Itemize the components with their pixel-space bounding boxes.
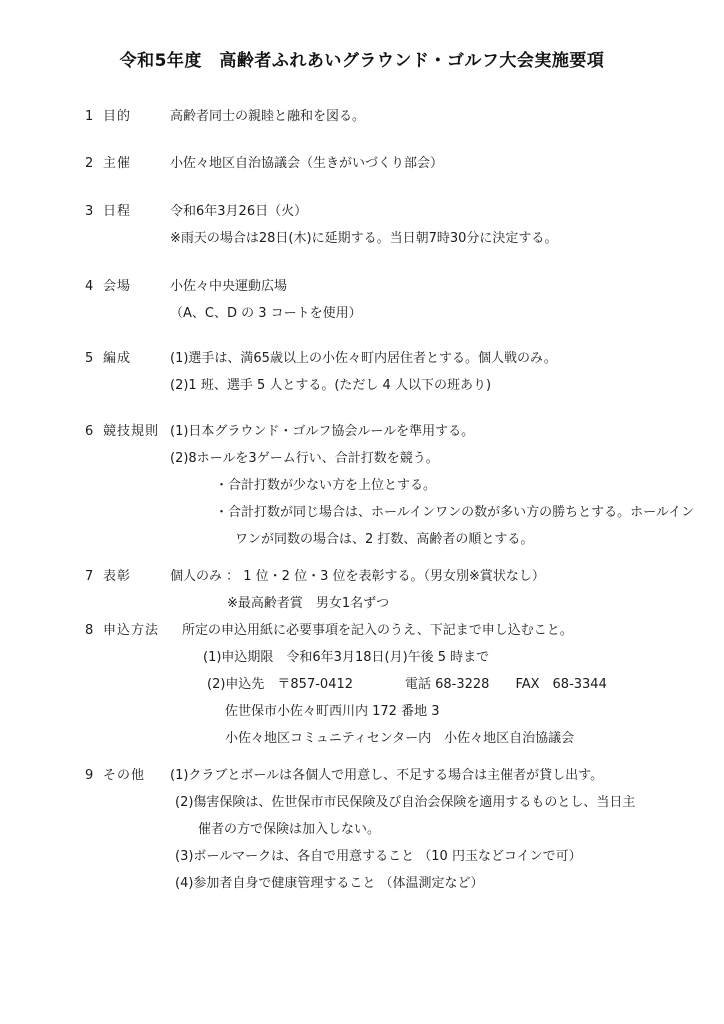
section-number: 5 <box>85 345 103 372</box>
content-line: (4)参加者自身で健康管理すること （体温測定など） <box>175 870 668 897</box>
content-line: 小佐々地区自治協議会（生きがいづくり部会） <box>170 150 668 177</box>
content-line: ・合計打数が同じ場合は、ホールインワンの数が多い方の勝ちとする。ホールイン <box>215 499 694 526</box>
content-line: ワンが同数の場合は、2 打数、高齢者の順とする。 <box>235 526 694 553</box>
section-label: 目的 <box>103 103 170 130</box>
content-line: 小佐々中央運動広場 <box>170 273 668 300</box>
section-number: 1 <box>85 103 103 130</box>
content-line: 令和6年3月26日（火） <box>170 198 668 225</box>
section-rules: 6 競技規則 (1)日本グラウンド・ゴルフ協会ルールを準用する。 (2)8ホール… <box>85 418 668 553</box>
content-line: (2)8ホールを3ゲーム行い、合計打数を競う。 <box>170 445 694 472</box>
section-content: 小佐々中央運動広場 （A、C、D の 3 コートを使用） <box>170 273 668 327</box>
content-line: (1)日本グラウンド・ゴルフ協会ルールを準用する。 <box>170 418 694 445</box>
section-content: 令和6年3月26日（火） ※雨天の場合は28日(木)に延期する。当日朝7時30分… <box>170 198 668 252</box>
section-label: 表彰 <box>103 563 170 590</box>
section-label: 申込方法 <box>103 617 170 644</box>
content-line: 個人のみ ： 1 位・2 位・3 位を表彰する。（男女別※賞状なし） <box>170 563 668 590</box>
section-schedule: 3 日程 令和6年3月26日（火） ※雨天の場合は28日(木)に延期する。当日朝… <box>85 198 668 252</box>
section-number: 2 <box>85 150 103 177</box>
section-number: 6 <box>85 418 103 445</box>
content-line: (2)申込先 〒857-0412 電話 68-3228 FAX 68-3344 <box>207 671 668 698</box>
content-line: 高齢者同士の親睦と融和を図る。 <box>170 103 668 130</box>
content-line: 佐世保市小佐々町西川内 172 番地 3 <box>225 698 668 725</box>
section-label: 日程 <box>103 198 170 225</box>
section-team-organization: 5 編成 (1)選手は、満65歳以上の小佐々町内居住者とする。個人戦のみ。 (2… <box>85 345 668 399</box>
section-purpose: 1 目的 高齢者同士の親睦と融和を図る。 <box>85 103 668 130</box>
section-content: 高齢者同士の親睦と融和を図る。 <box>170 103 668 130</box>
section-label: 会場 <box>103 273 170 300</box>
section-number: 7 <box>85 563 103 590</box>
section-content: 小佐々地区自治協議会（生きがいづくり部会） <box>170 150 668 177</box>
section-number: 8 <box>85 617 103 644</box>
content-line: (2)1 班、選手 5 人とする。(ただし 4 人以下の班あり) <box>170 372 668 399</box>
content-line: ※最高齢者賞 男女1名ずつ <box>227 590 668 617</box>
section-label: 競技規則 <box>103 418 170 445</box>
section-content: 所定の申込用紙に必要事項を記入のうえ、下記まで申し込むこと。 (1)申込期限 令… <box>170 617 668 752</box>
content-line: 小佐々地区コミュニティセンター内 小佐々地区自治協議会 <box>225 725 668 752</box>
section-label: 編成 <box>103 345 170 372</box>
section-number: 4 <box>85 273 103 300</box>
section-other-notes: 9 その他 (1)クラブとボールは各個人で用意し、不足する場合は主催者が貸し出す… <box>85 762 668 897</box>
content-line: (1)選手は、満65歳以上の小佐々町内居住者とする。個人戦のみ。 <box>170 345 668 372</box>
section-number: 3 <box>85 198 103 225</box>
section-application: 8 申込方法 所定の申込用紙に必要事項を記入のうえ、下記まで申し込むこと。 (1… <box>85 617 668 752</box>
section-content: (1)日本グラウンド・ゴルフ協会ルールを準用する。 (2)8ホールを3ゲーム行い… <box>170 418 694 553</box>
content-line: 催者の方で保険は加入しない。 <box>198 816 668 843</box>
content-line: (2)傷害保険は、佐世保市市民保険及び自治会保険を適用するものとし、当日主 <box>175 789 668 816</box>
content-line: ・合計打数が少ない方を上位とする。 <box>215 472 694 499</box>
document-page: 令和5年度 高齢者ふれあいグラウンド・ゴルフ大会実施要項 1 目的 高齢者同士の… <box>0 0 724 1024</box>
content-line: (3)ボールマークは、各自で用意すること （10 円玉などコインで可） <box>175 843 668 870</box>
content-line: ※雨天の場合は28日(木)に延期する。当日朝7時30分に決定する。 <box>170 225 668 252</box>
section-label: 主催 <box>103 150 170 177</box>
section-number: 9 <box>85 762 103 789</box>
content-line: (1)申込期限 令和6年3月18日(月)午後 5 時まで <box>203 644 668 671</box>
section-awards: 7 表彰 個人のみ ： 1 位・2 位・3 位を表彰する。（男女別※賞状なし） … <box>85 563 668 617</box>
section-label: その他 <box>103 762 170 789</box>
content-line: 所定の申込用紙に必要事項を記入のうえ、下記まで申し込むこと。 <box>182 617 668 644</box>
document-title: 令和5年度 高齢者ふれあいグラウンド・ゴルフ大会実施要項 <box>56 46 668 71</box>
content-line: （A、C、D の 3 コートを使用） <box>170 300 668 327</box>
section-organizer: 2 主催 小佐々地区自治協議会（生きがいづくり部会） <box>85 150 668 177</box>
section-content: (1)選手は、満65歳以上の小佐々町内居住者とする。個人戦のみ。 (2)1 班、… <box>170 345 668 399</box>
content-line: (1)クラブとボールは各個人で用意し、不足する場合は主催者が貸し出す。 <box>170 762 668 789</box>
section-content: (1)クラブとボールは各個人で用意し、不足する場合は主催者が貸し出す。 (2)傷… <box>170 762 668 897</box>
section-content: 個人のみ ： 1 位・2 位・3 位を表彰する。（男女別※賞状なし） ※最高齢者… <box>170 563 668 617</box>
section-venue: 4 会場 小佐々中央運動広場 （A、C、D の 3 コートを使用） <box>85 273 668 327</box>
